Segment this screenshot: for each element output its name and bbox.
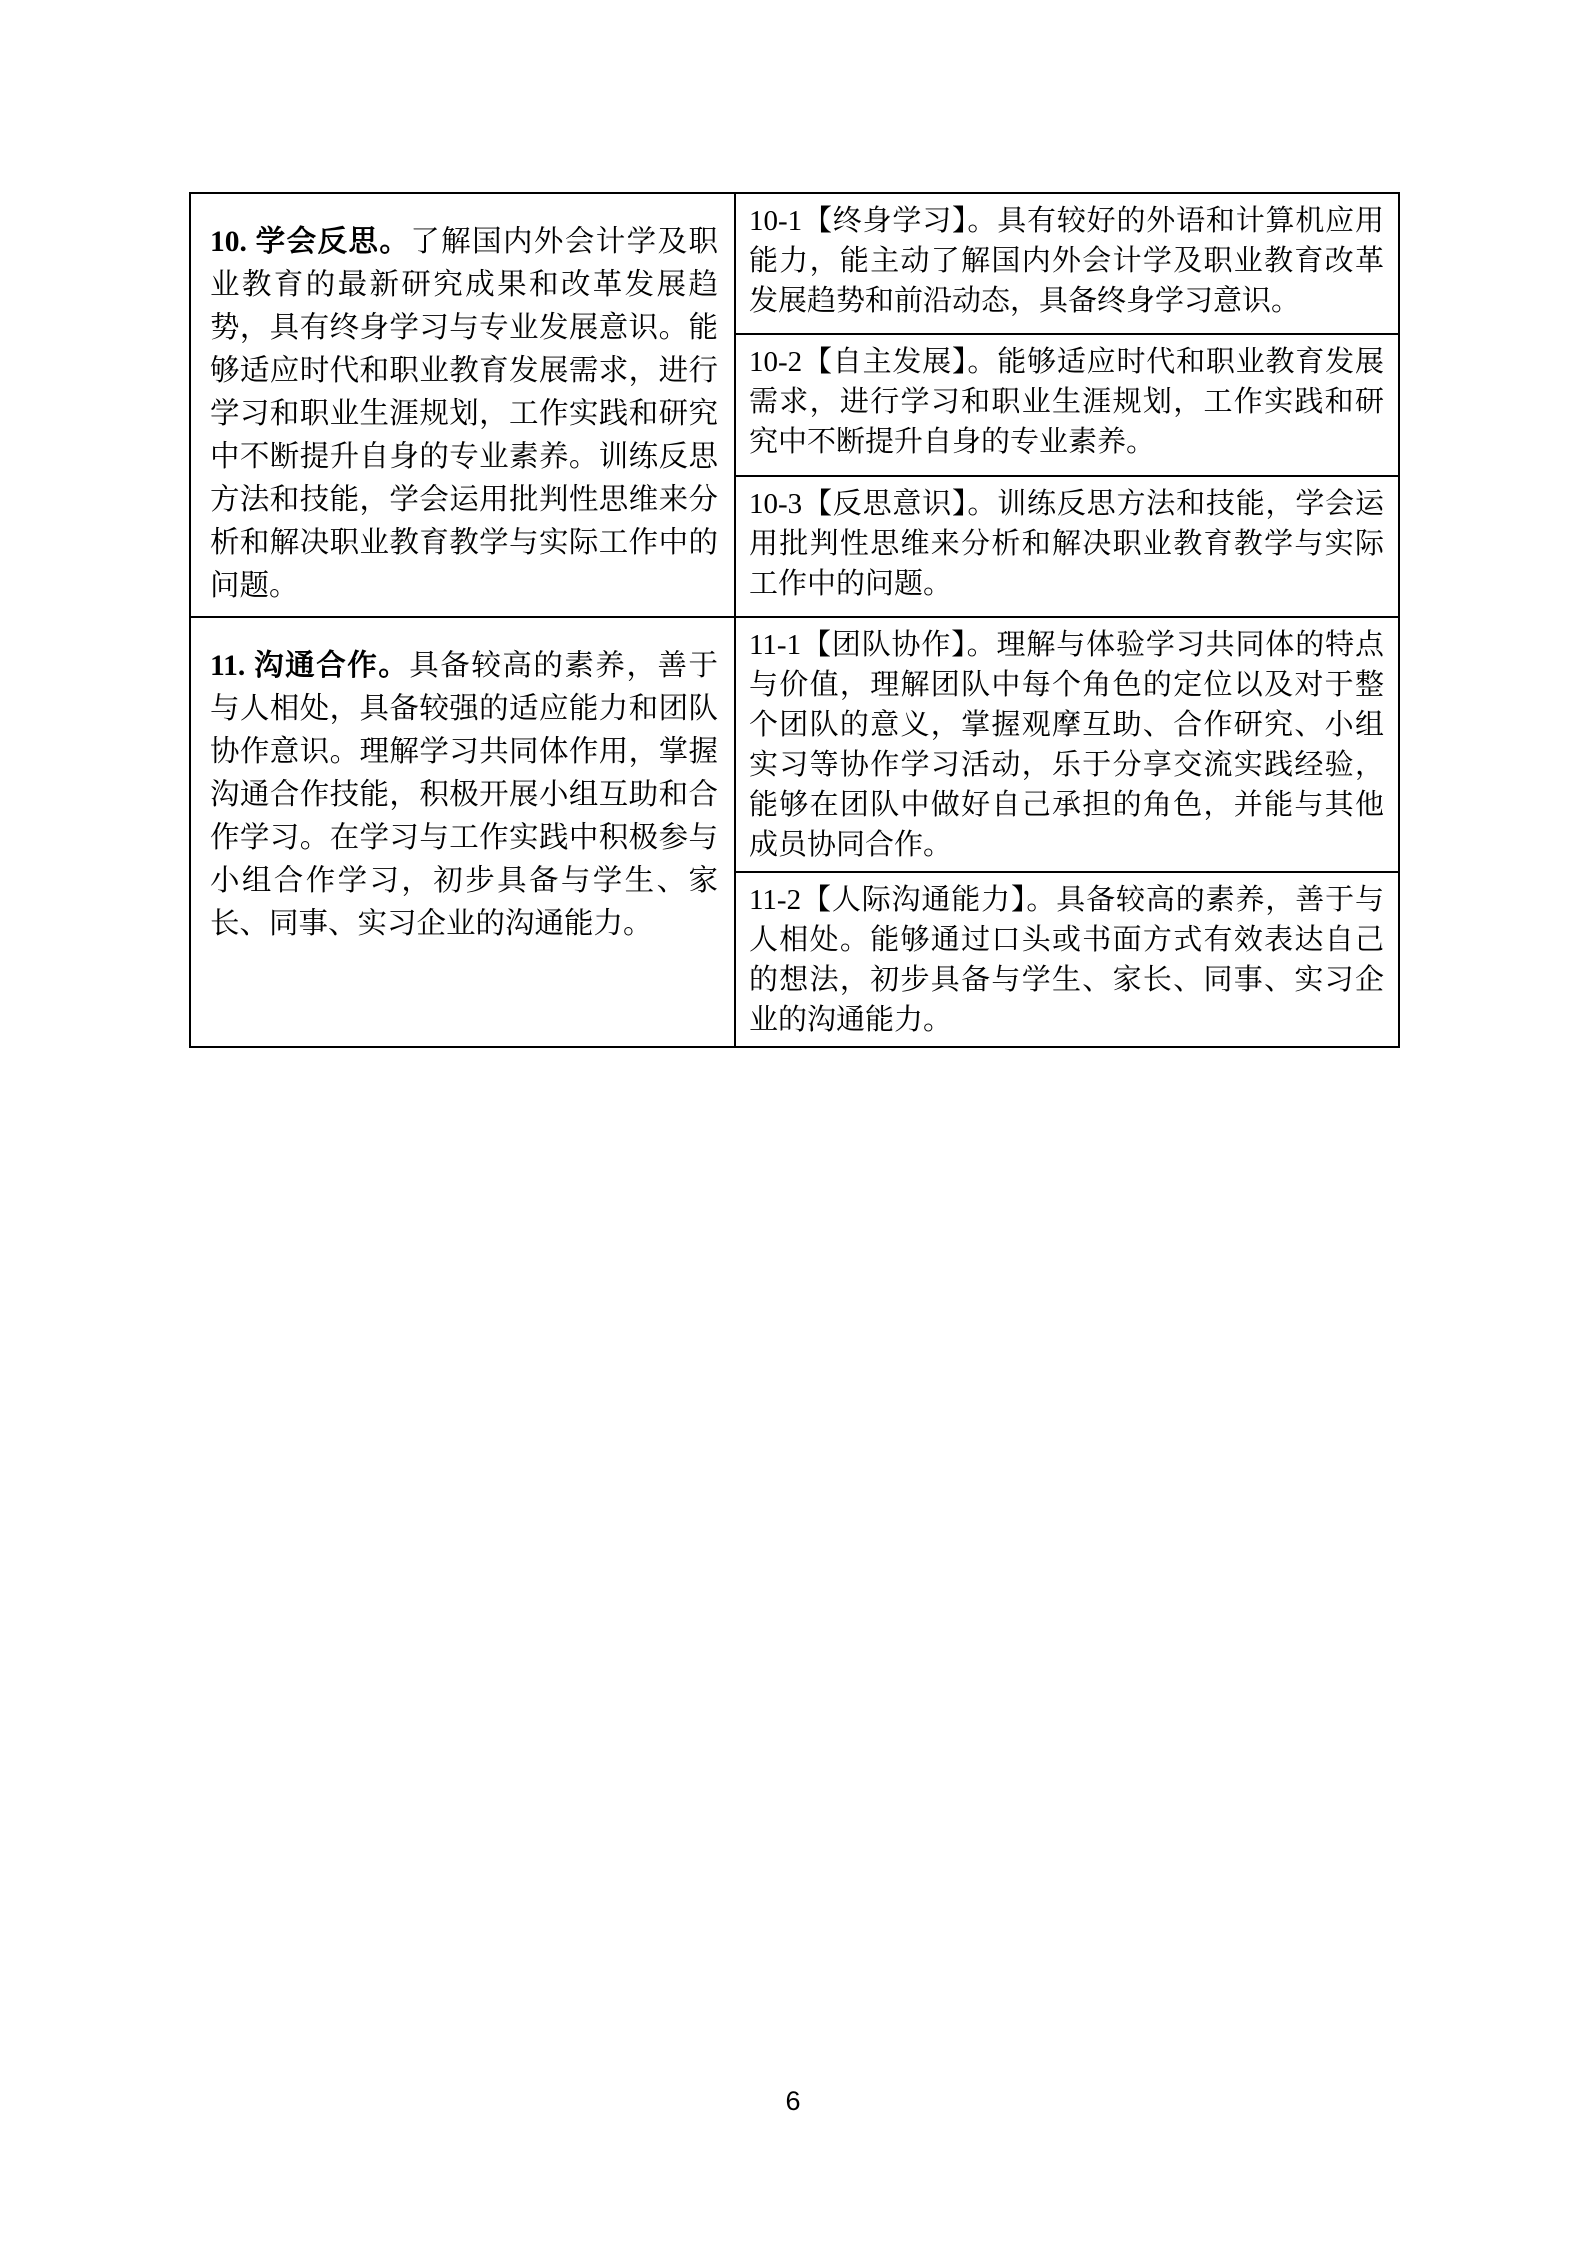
cell-item-11: 11. 沟通合作。具备较高的素养，善于与人相处，具备较强的适应能力和团队协作意识… [190,617,735,1047]
page-number: 6 [0,2086,1586,2117]
cell-item-10-2: 10-2【自主发展】。能够适应时代和职业教育发展需求，进行学习和职业生涯规划，工… [735,334,1399,475]
cell-item-10: 10. 学会反思。了解国内外会计学及职业教育的最新研究成果和改革发展趋势，具有终… [190,193,735,617]
table-row: 11. 沟通合作。具备较高的素养，善于与人相处，具备较强的适应能力和团队协作意识… [190,617,1399,872]
cell-item-10-3: 10-3【反思意识】。训练反思方法和技能，学会运用批判性思维来分析和解决职业教育… [735,476,1399,617]
item-10-body: 了解国内外会计学及职业教育的最新研究成果和改革发展趋势，具有终身学习与专业发展意… [210,226,718,602]
competency-table: 10. 学会反思。了解国内外会计学及职业教育的最新研究成果和改革发展趋势，具有终… [189,192,1400,1048]
item-11-title: 11. 沟通合作。 [210,650,409,682]
item-11-body: 具备较高的素养，善于与人相处，具备较强的适应能力和团队协作意识。理解学习共同体作… [210,650,718,940]
cell-item-11-2: 11-2【人际沟通能力】。具备较高的素养，善于与人相处。能够通过口头或书面方式有… [735,872,1399,1047]
item-10-title: 10. 学会反思。 [210,226,410,258]
table-row: 10. 学会反思。了解国内外会计学及职业教育的最新研究成果和改革发展趋势，具有终… [190,193,1399,334]
cell-item-10-1: 10-1【终身学习】。具有较好的外语和计算机应用能力，能主动了解国内外会计学及职… [735,193,1399,334]
cell-item-11-1: 11-1【团队协作】。理解与体验学习共同体的特点与价值，理解团队中每个角色的定位… [735,617,1399,872]
